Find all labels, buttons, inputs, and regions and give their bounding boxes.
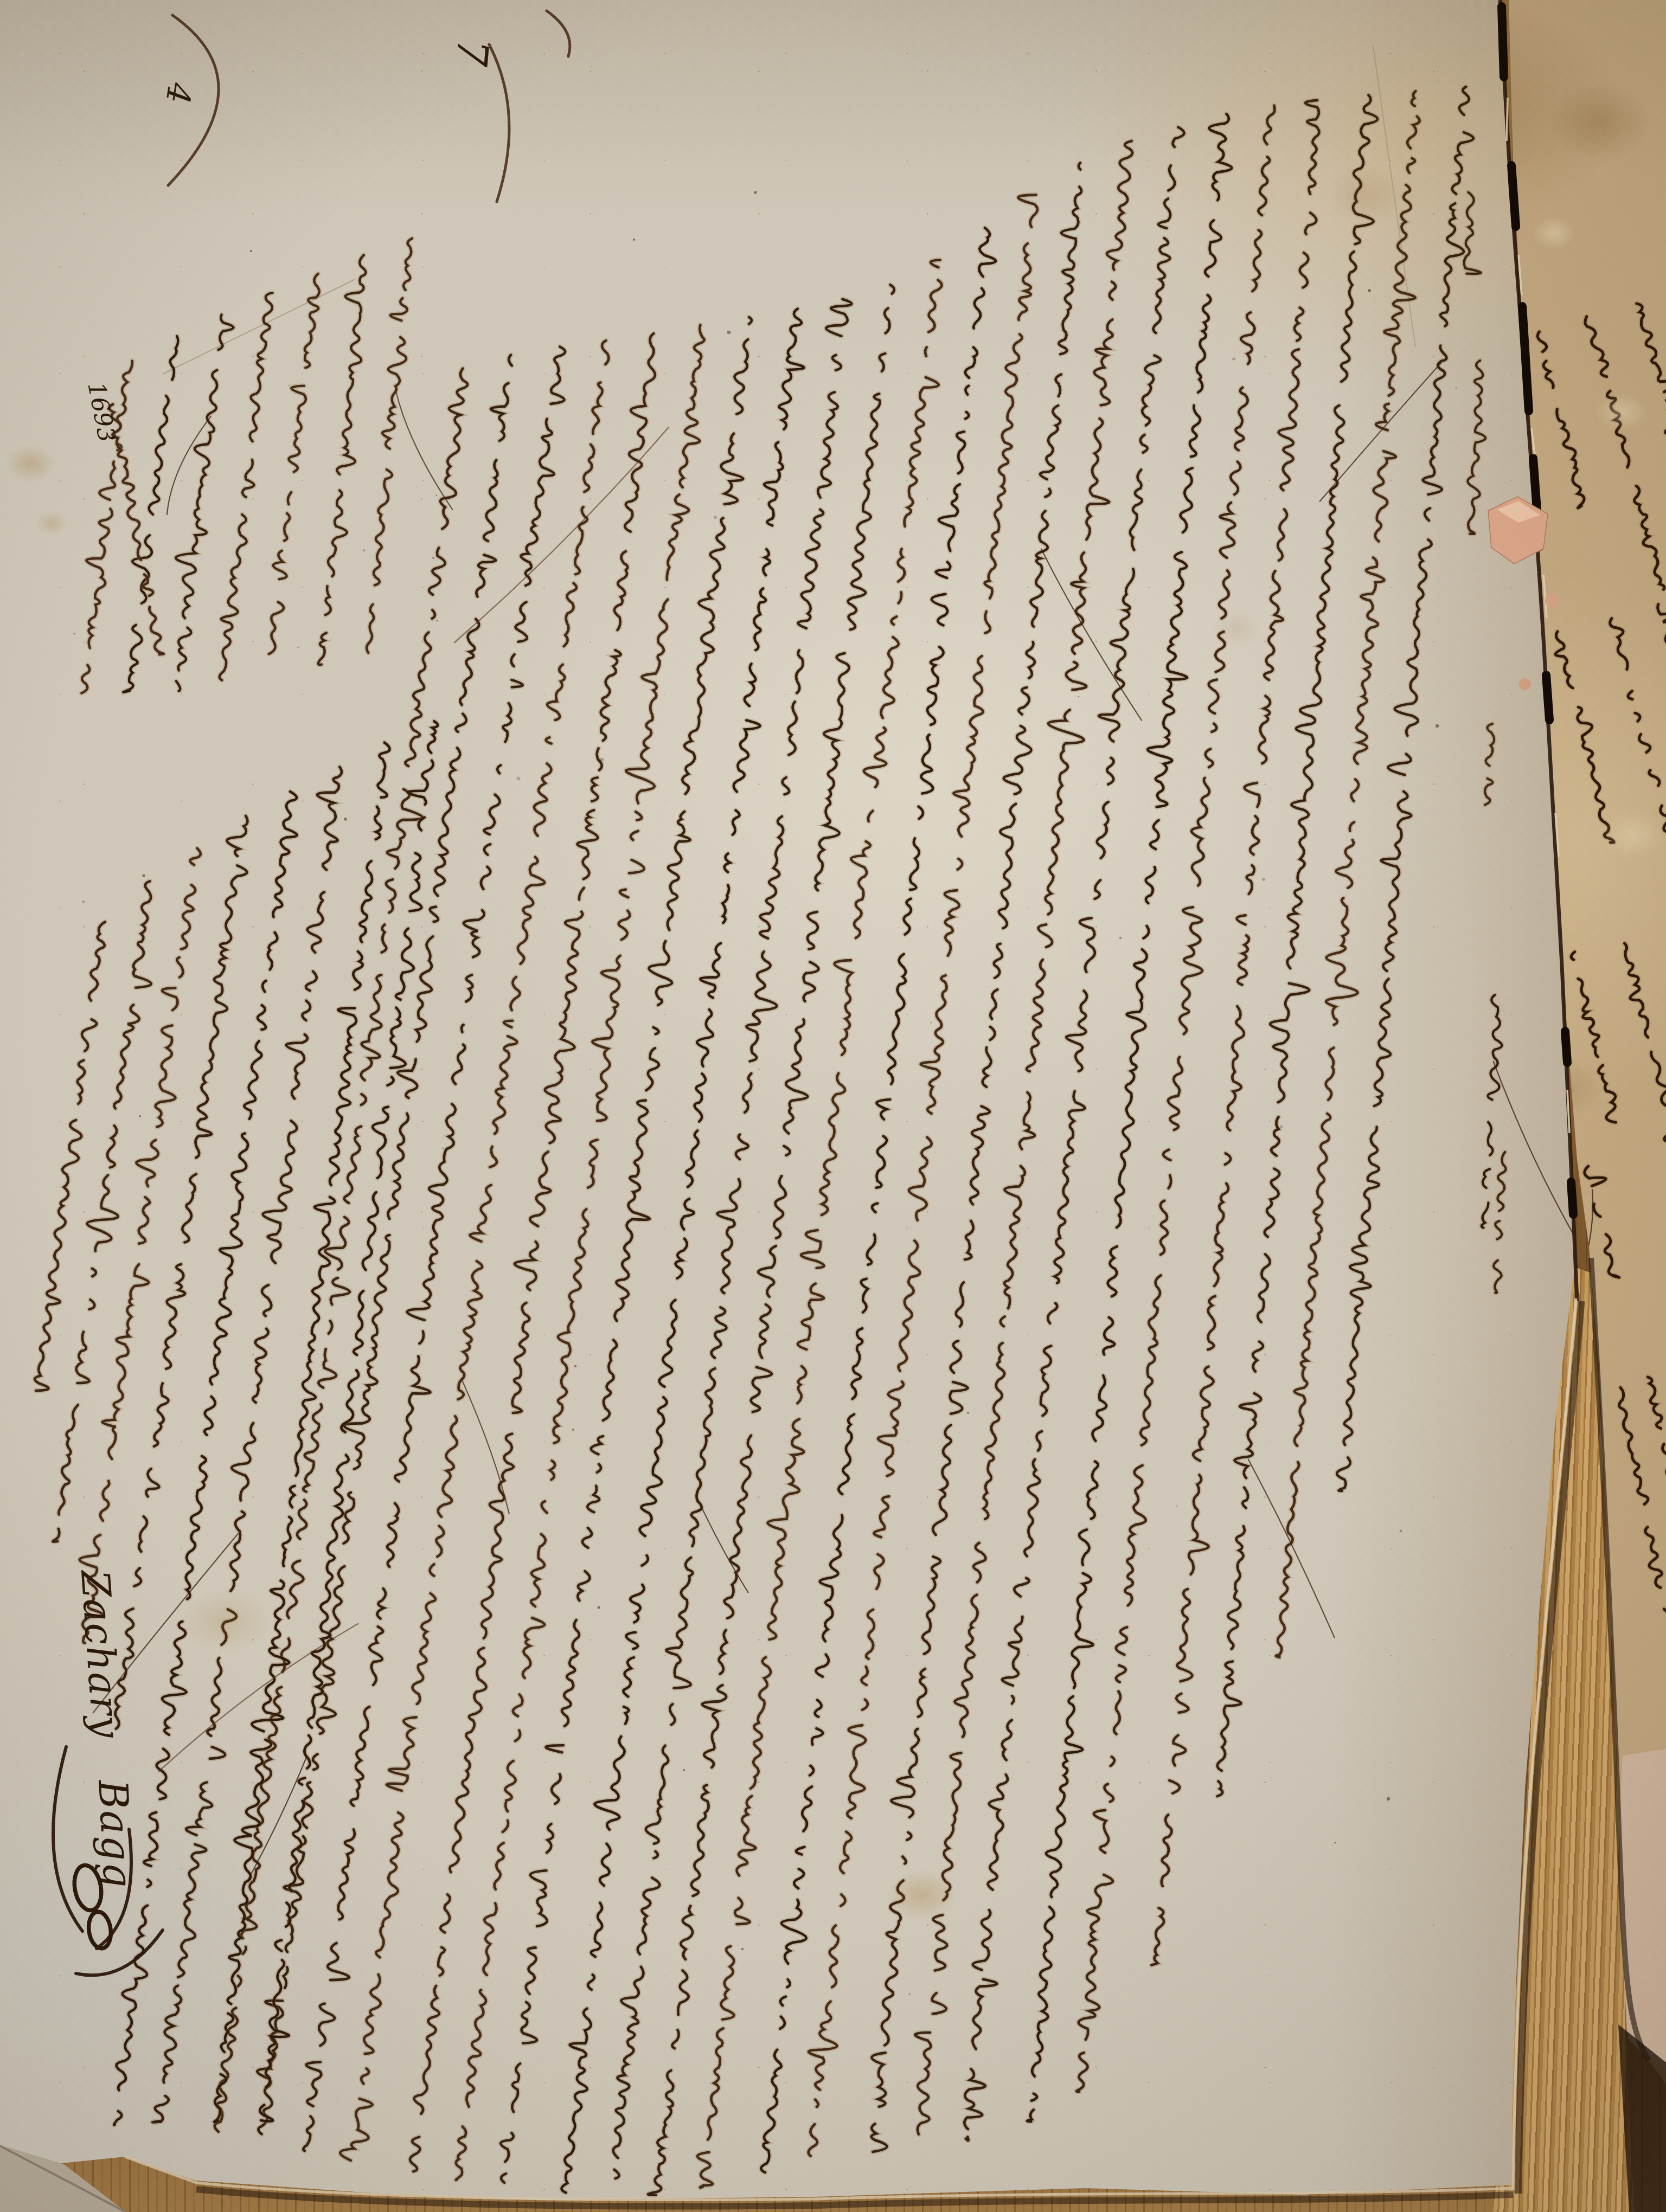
crack-dark-gaps [1502, 7, 1573, 1214]
manuscript-photo: 7 4 1693 Zachary Bagg [0, 0, 1666, 2212]
right-page-edge-shadow [1591, 1258, 1649, 2060]
gutter-crack-overlay [0, 0, 1666, 2212]
bottom-tear-edge [125, 2157, 1513, 2200]
pink-fleck-1 [1545, 594, 1559, 608]
corner-flap-crease [0, 2146, 126, 2212]
pink-fleck-2 [1519, 678, 1531, 690]
corner-shadow [1618, 2024, 1666, 2212]
wedge-shadow [1518, 1301, 1581, 2194]
